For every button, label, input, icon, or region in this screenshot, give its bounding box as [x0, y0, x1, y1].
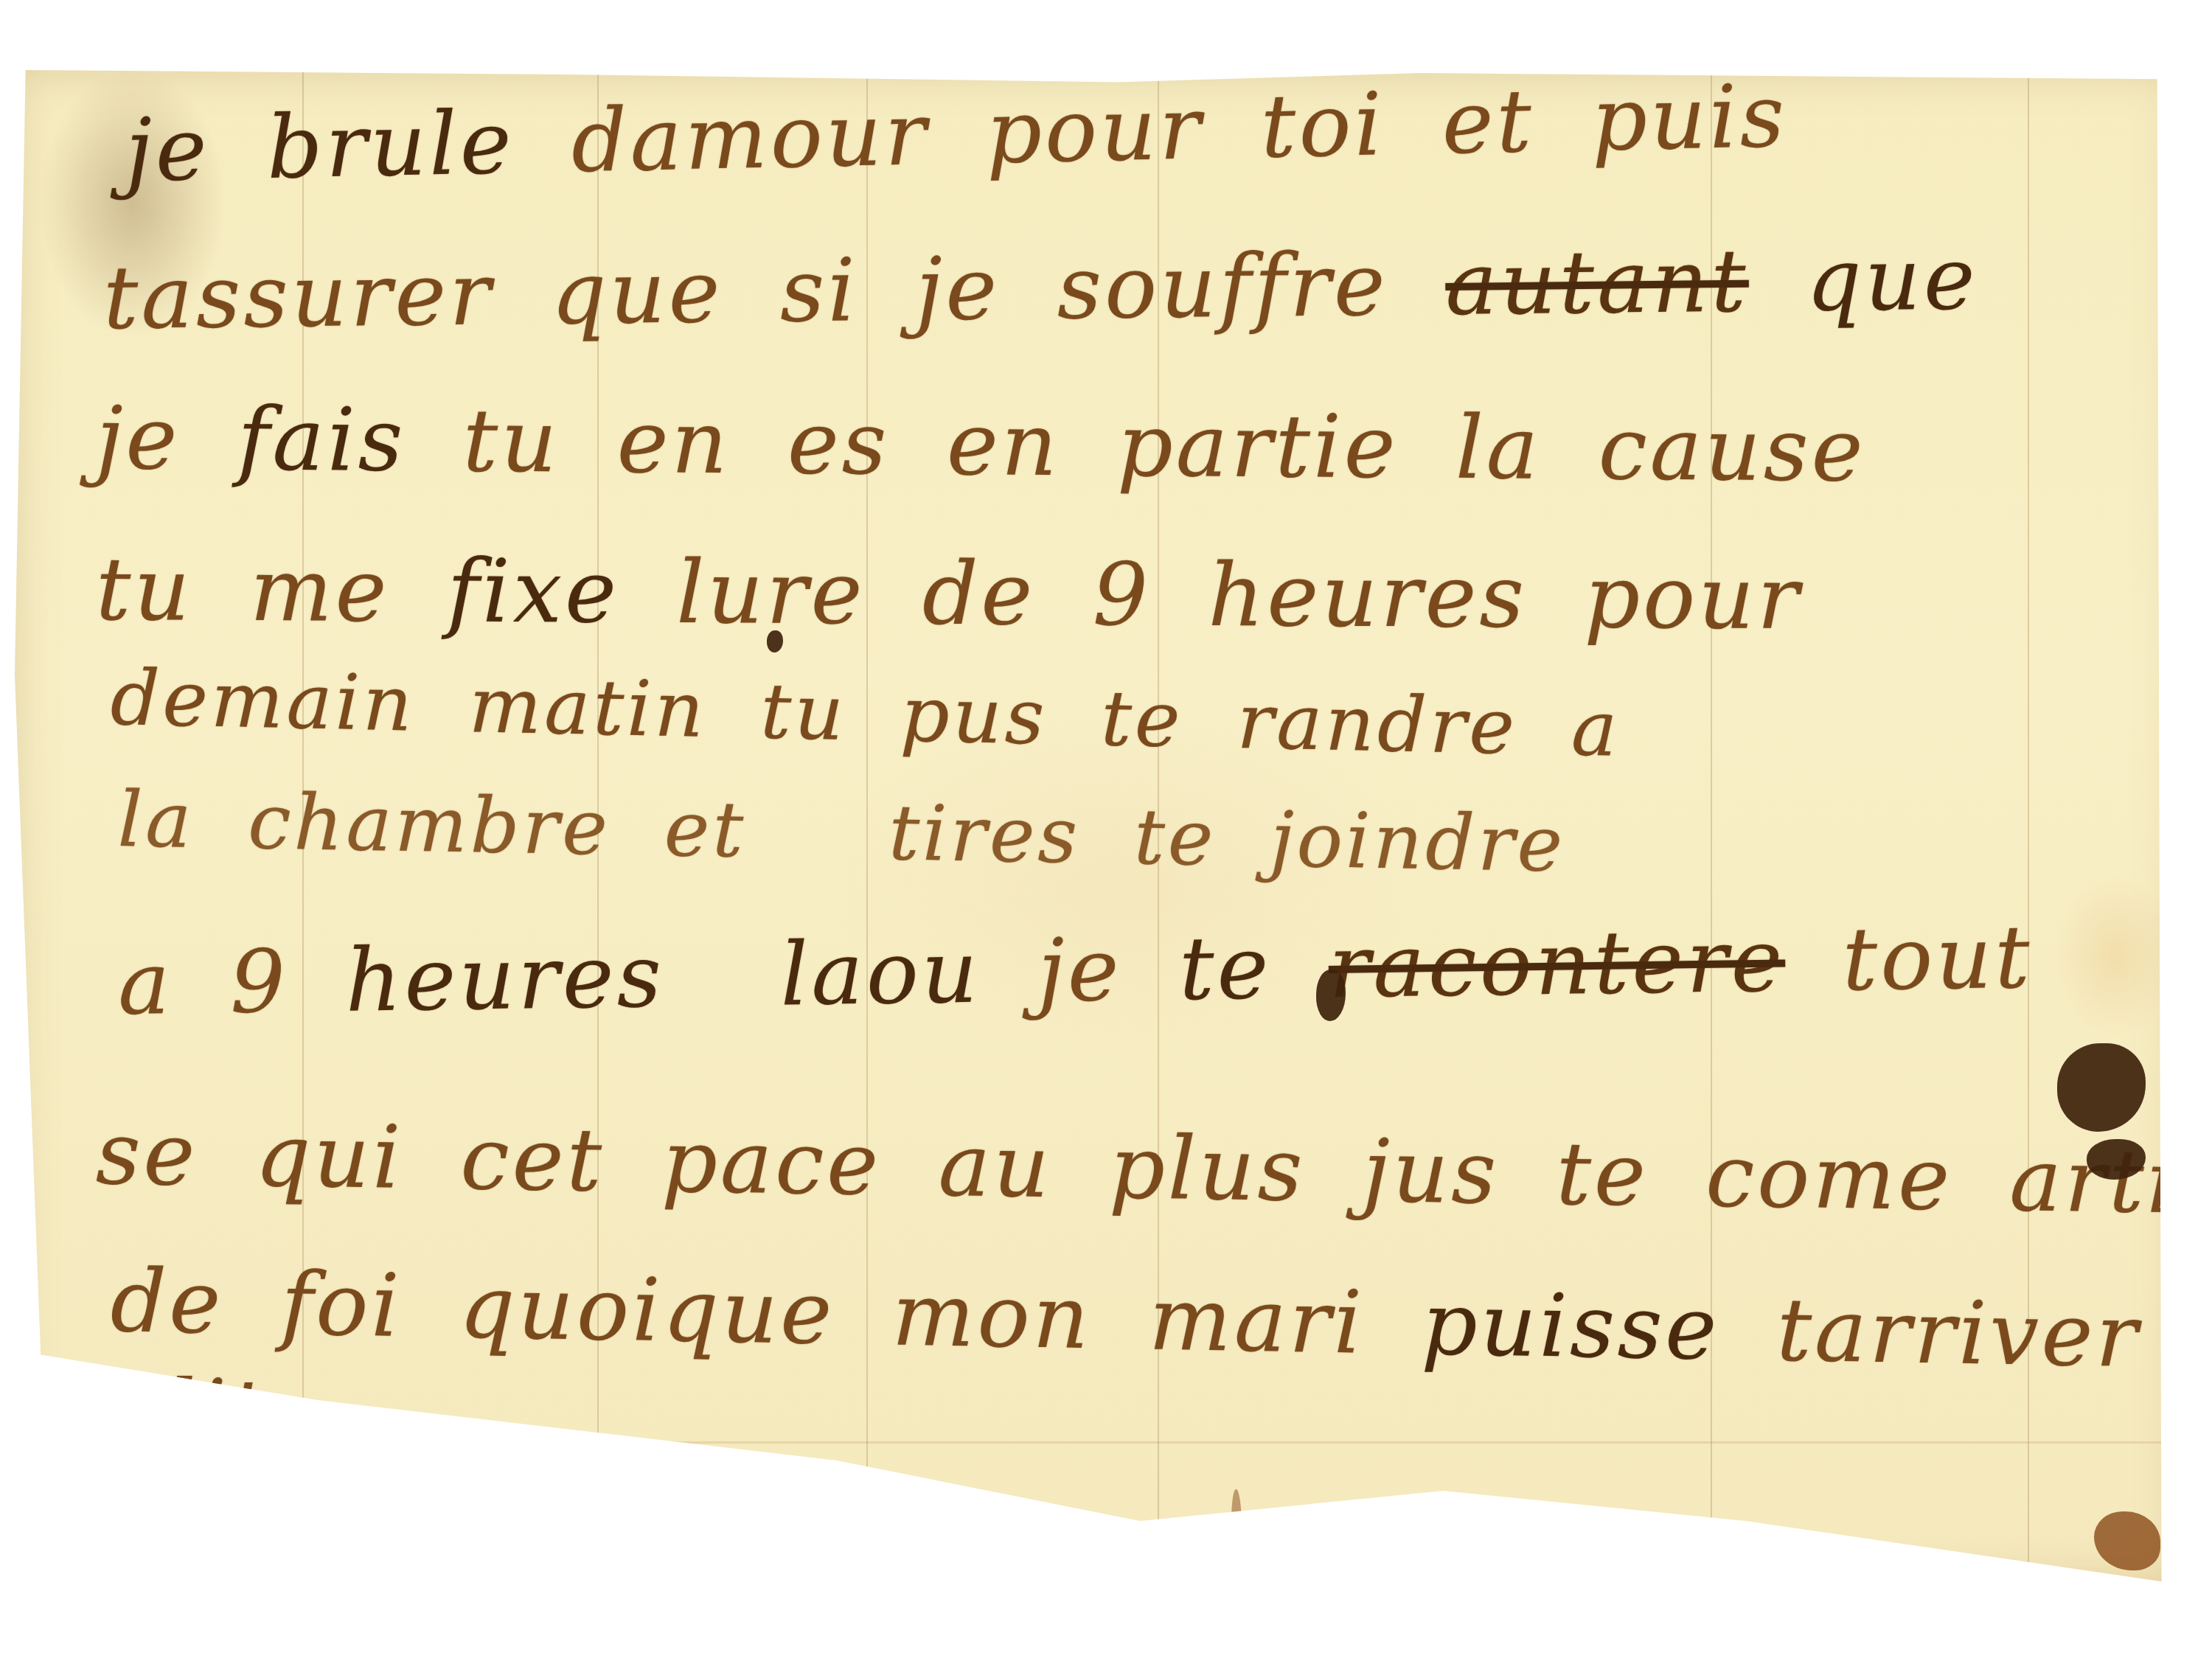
- ink-blot: [767, 630, 783, 652]
- word: cause: [1598, 397, 1866, 501]
- word: a: [1571, 683, 1621, 774]
- word: je: [125, 98, 211, 201]
- word: a: [117, 932, 173, 1034]
- word: tires: [888, 787, 1081, 881]
- word: la: [1455, 397, 1542, 499]
- word: tassurer: [102, 243, 494, 349]
- word: te: [1133, 792, 1217, 883]
- word: randre: [1236, 676, 1518, 772]
- letter-line-7: a 9 heures laou je te racontere tout: [117, 905, 2059, 1034]
- word: brule: [265, 91, 515, 198]
- word: de: [922, 543, 1036, 645]
- word: mon: [891, 1264, 1093, 1369]
- word: 9: [229, 930, 289, 1033]
- fold-line: [15, 1441, 2179, 1444]
- word: que: [550, 240, 723, 344]
- word: et: [664, 784, 747, 875]
- word: partie: [1117, 394, 1399, 498]
- letter-line-8: se qui cet pace au plus jus te come arti…: [95, 1102, 2212, 1236]
- word: pour: [1584, 546, 1802, 650]
- word: en: [616, 391, 731, 493]
- word: puisse: [1421, 1273, 1721, 1379]
- word: heures: [344, 925, 665, 1031]
- word: pus: [900, 669, 1048, 762]
- word: qui: [254, 1104, 404, 1208]
- word: te: [1178, 916, 1272, 1020]
- word: fixe: [447, 540, 620, 642]
- word: fais: [237, 388, 406, 491]
- word: pace: [661, 1110, 883, 1215]
- struck-word: autant: [1445, 230, 1750, 335]
- struck-word: racontere: [1328, 909, 1786, 1017]
- word: pour: [985, 77, 1205, 183]
- word: matin: [468, 660, 708, 755]
- word: au: [938, 1114, 1053, 1217]
- word: toi: [1259, 73, 1385, 177]
- word: tarriver: [1776, 1278, 2142, 1387]
- word: puis: [1590, 65, 1789, 171]
- letter-line-4: tu me fixe lure de 9 heures pour: [96, 538, 1829, 649]
- stain-mark: [1231, 1489, 1242, 1563]
- word: que: [1806, 227, 1979, 330]
- word: laou: [780, 921, 981, 1026]
- word: tu: [96, 538, 193, 641]
- word: souffre: [1057, 234, 1389, 339]
- word: je: [96, 387, 181, 490]
- word: quoique: [459, 1256, 836, 1364]
- word: tout: [1842, 906, 2034, 1011]
- letter-line-10: dit: [140, 1360, 294, 1462]
- word: se: [95, 1102, 198, 1205]
- word: me: [250, 539, 390, 641]
- word: tu: [462, 389, 560, 492]
- word: heures: [1208, 544, 1527, 647]
- letter-line-1: je brule damour pour toi et puis: [125, 64, 1815, 201]
- word: 9: [1093, 543, 1152, 645]
- word: come: [1705, 1124, 1953, 1230]
- word: en: [946, 393, 1060, 495]
- word: je: [1037, 919, 1122, 1022]
- letter-line-9: de foi quoique mon mari puisse tarriver: [110, 1250, 2168, 1388]
- word: joindre: [1269, 794, 1566, 889]
- word: la: [117, 774, 195, 866]
- word: de: [110, 1250, 225, 1354]
- word: mari: [1148, 1268, 1366, 1374]
- letter-line-5: demain matin tu pus te randre a: [110, 652, 1648, 775]
- word: demain: [110, 652, 416, 749]
- word: plus: [1109, 1116, 1307, 1221]
- letter-line-6: la chambre et tires te joindre: [117, 774, 1593, 890]
- word: jus: [1362, 1120, 1500, 1224]
- stain-mark: [2094, 1511, 2160, 1570]
- word: je: [915, 237, 1001, 340]
- letter-line-2: tassurer que si je souffre autant que: [102, 227, 2005, 349]
- word: foi: [280, 1253, 403, 1357]
- word: et: [1441, 70, 1535, 174]
- word: chambre: [247, 776, 611, 873]
- letter-paper: je brule damour pour toi et puis tassure…: [15, 70, 2179, 1581]
- letter-line-3: je fais tu en es en partie la cause: [96, 387, 1893, 501]
- word: te: [1556, 1123, 1649, 1226]
- word: tu: [759, 666, 847, 757]
- word: es: [787, 392, 890, 495]
- word: cet: [460, 1107, 605, 1211]
- word: damour: [570, 83, 930, 192]
- word: lure: [676, 541, 866, 644]
- word: dit: [140, 1360, 268, 1462]
- ink-blot: [2057, 1043, 2146, 1132]
- word: si: [779, 239, 859, 341]
- word: te: [1100, 673, 1184, 765]
